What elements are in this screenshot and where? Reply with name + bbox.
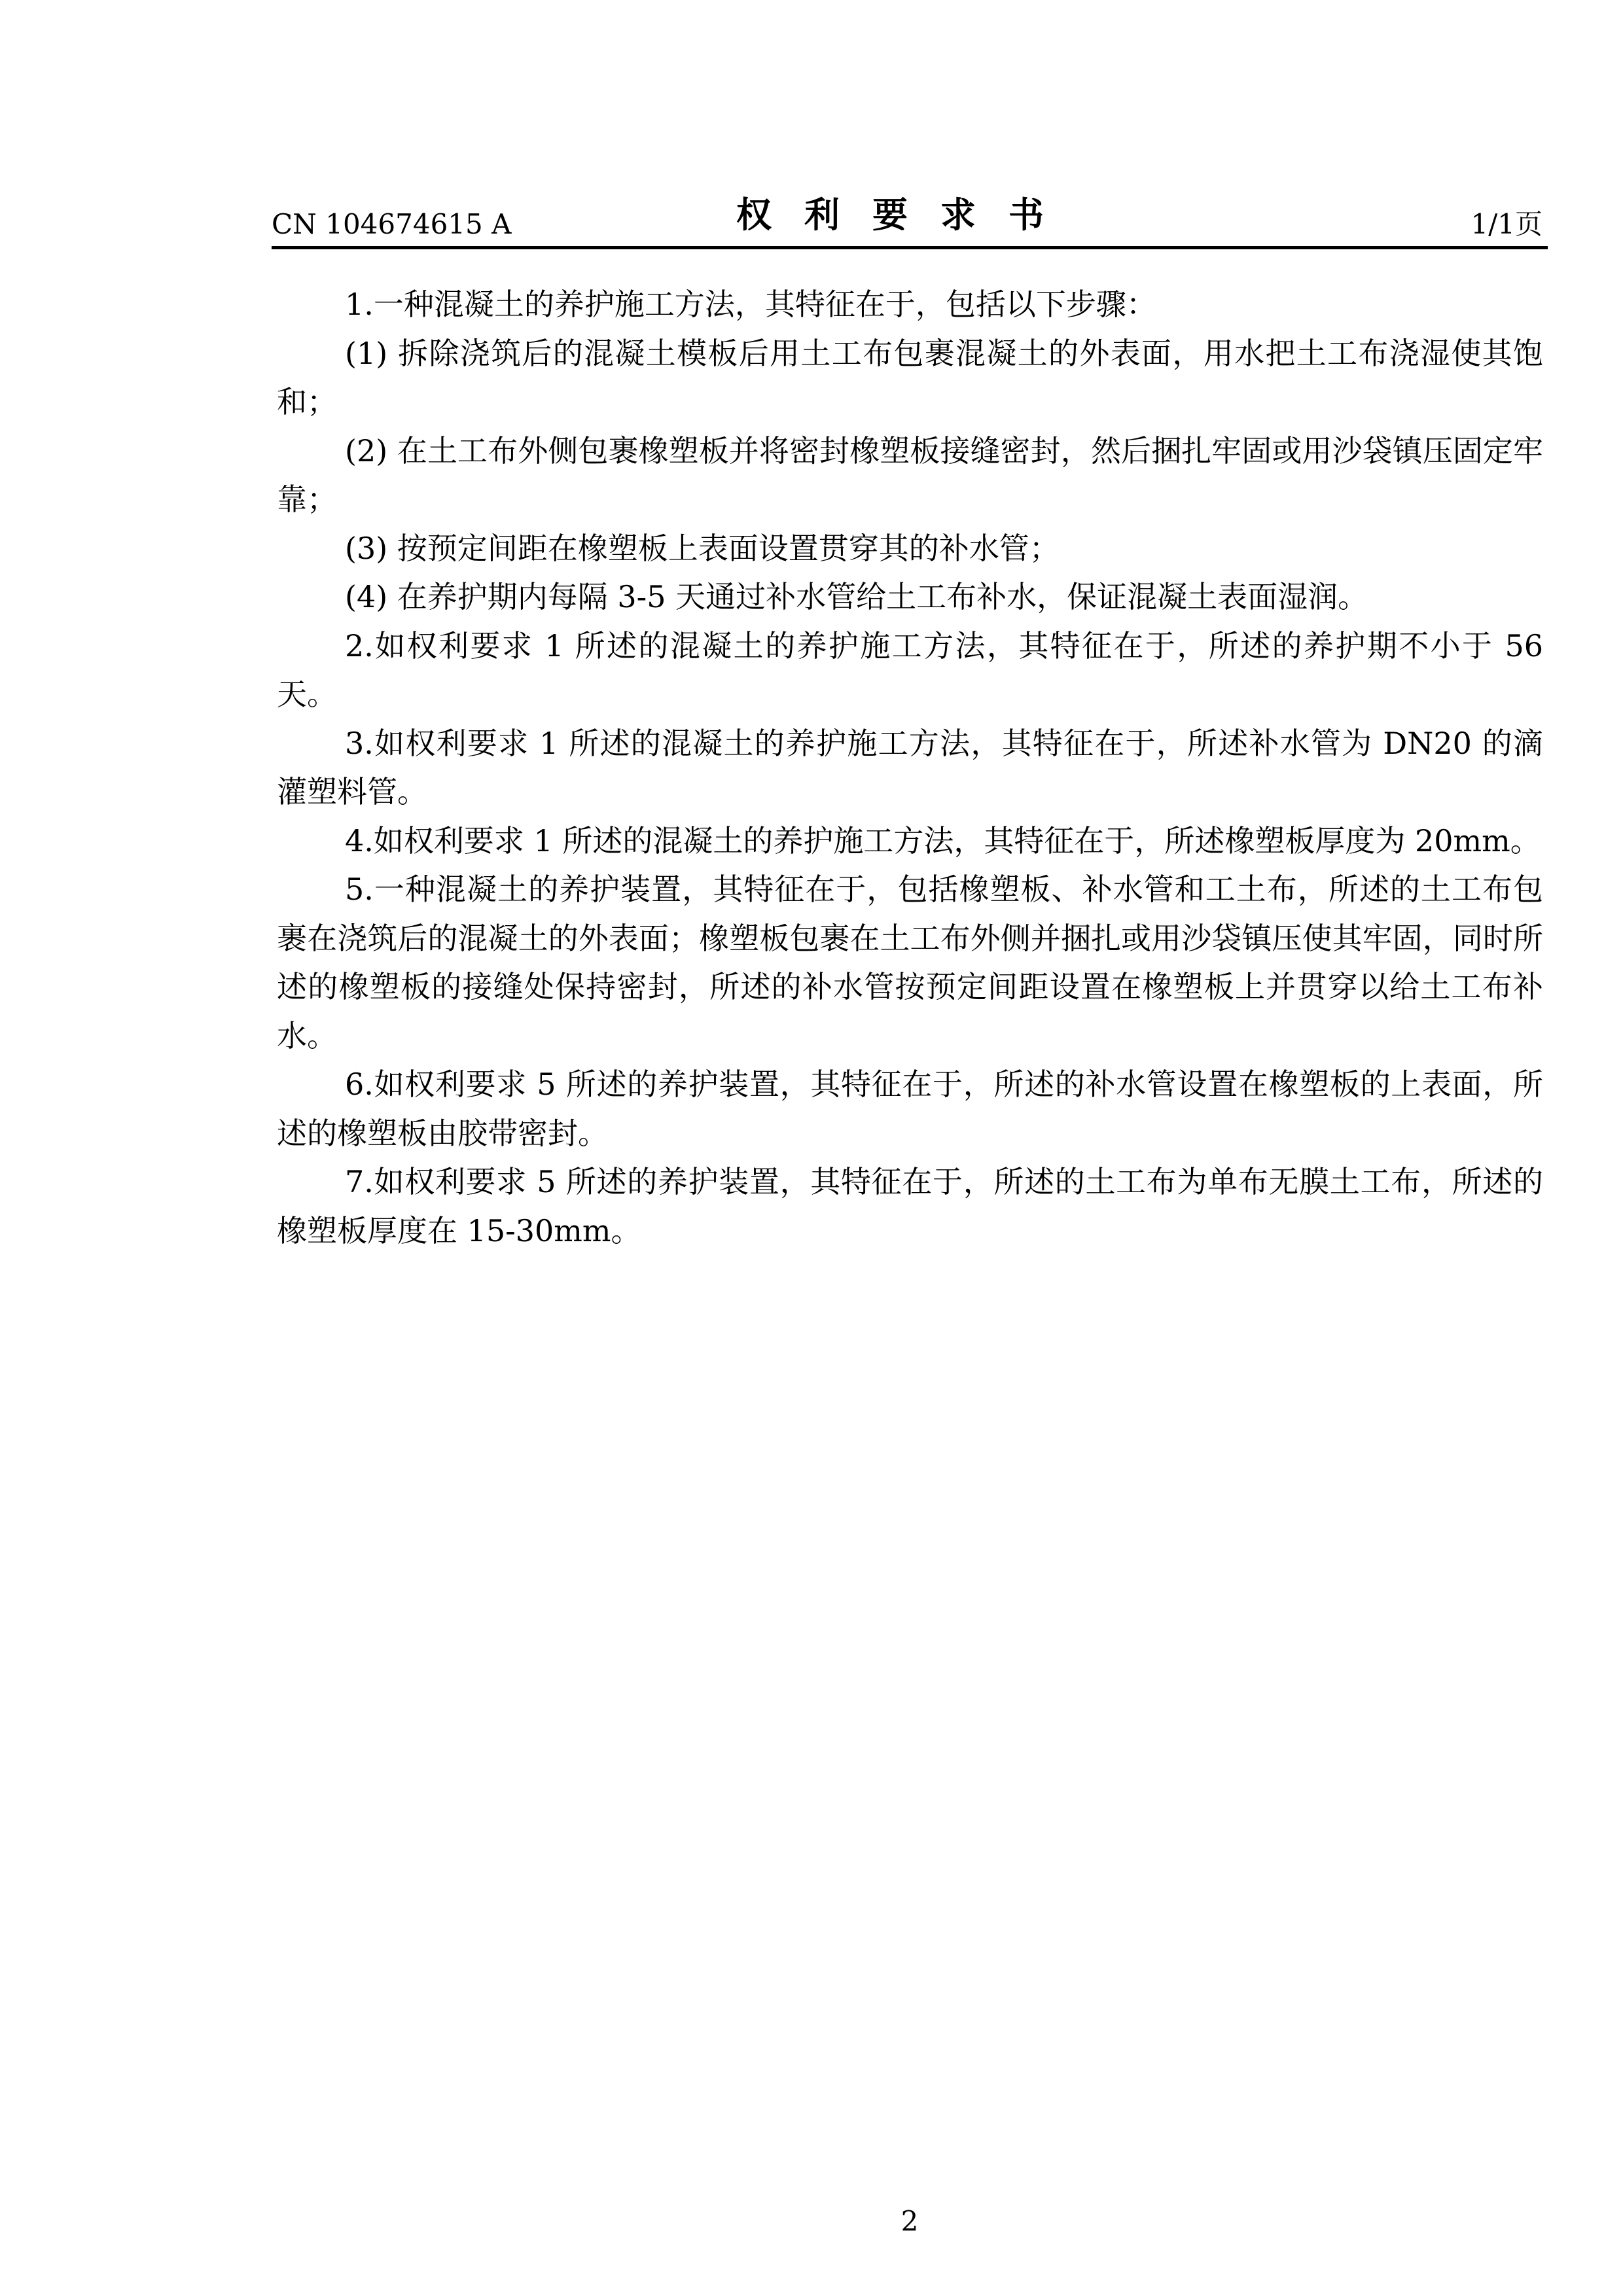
claim-6: 6.如权利要求 5 所述的养护装置，其特征在于，所述的补水管设置在橡塑板的上表面… <box>277 1060 1543 1157</box>
claim-1-step-3: (3) 按预定间距在橡塑板上表面设置贯穿其的补水管； <box>277 524 1543 573</box>
claim-5: 5.一种混凝土的养护装置，其特征在于，包括橡塑板、补水管和工土布，所述的土工布包… <box>277 865 1543 1060</box>
page-number: 2 <box>901 2205 919 2237</box>
publication-number: CN 104674615 A <box>272 208 511 241</box>
claim-7: 7.如权利要求 5 所述的养护装置，其特征在于，所述的土工布为单布无膜土工布，所… <box>277 1157 1543 1255</box>
page-info: 1/1页 <box>1471 208 1543 241</box>
claim-4: 4.如权利要求 1 所述的混凝土的养护施工方法，其特征在于，所述橡塑板厚度为 2… <box>277 817 1543 866</box>
claim-3: 3.如权利要求 1 所述的混凝土的养护施工方法，其特征在于，所述补水管为 DN2… <box>277 719 1543 817</box>
claims-body: 1.一种混凝土的养护施工方法，其特征在于，包括以下步骤： (1) 拆除浇筑后的混… <box>277 280 1543 1255</box>
claim-1-step-1: (1) 拆除浇筑后的混凝土模板后用土工布包裹混凝土的外表面，用水把土工布浇湿使其… <box>277 329 1543 427</box>
claim-1-step-4: (4) 在养护期内每隔 3-5 天通过补水管给土工布补水，保证混凝土表面湿润。 <box>277 573 1543 622</box>
claim-1-step-2: (2) 在土工布外侧包裹橡塑板并将密封橡塑板接缝密封，然后捆扎牢固或用沙袋镇压固… <box>277 427 1543 524</box>
page-header: CN 104674615 A 权利要求书 1/1页 <box>272 0 1548 249</box>
page-footer: 2 <box>0 2205 1623 2238</box>
document-title: 权利要求书 <box>736 195 1077 236</box>
claim-1: 1.一种混凝土的养护施工方法，其特征在于，包括以下步骤： <box>277 280 1543 329</box>
claim-2: 2.如权利要求 1 所述的混凝土的养护施工方法，其特征在于，所述的养护期不小于 … <box>277 622 1543 719</box>
header-rule <box>272 246 1548 249</box>
